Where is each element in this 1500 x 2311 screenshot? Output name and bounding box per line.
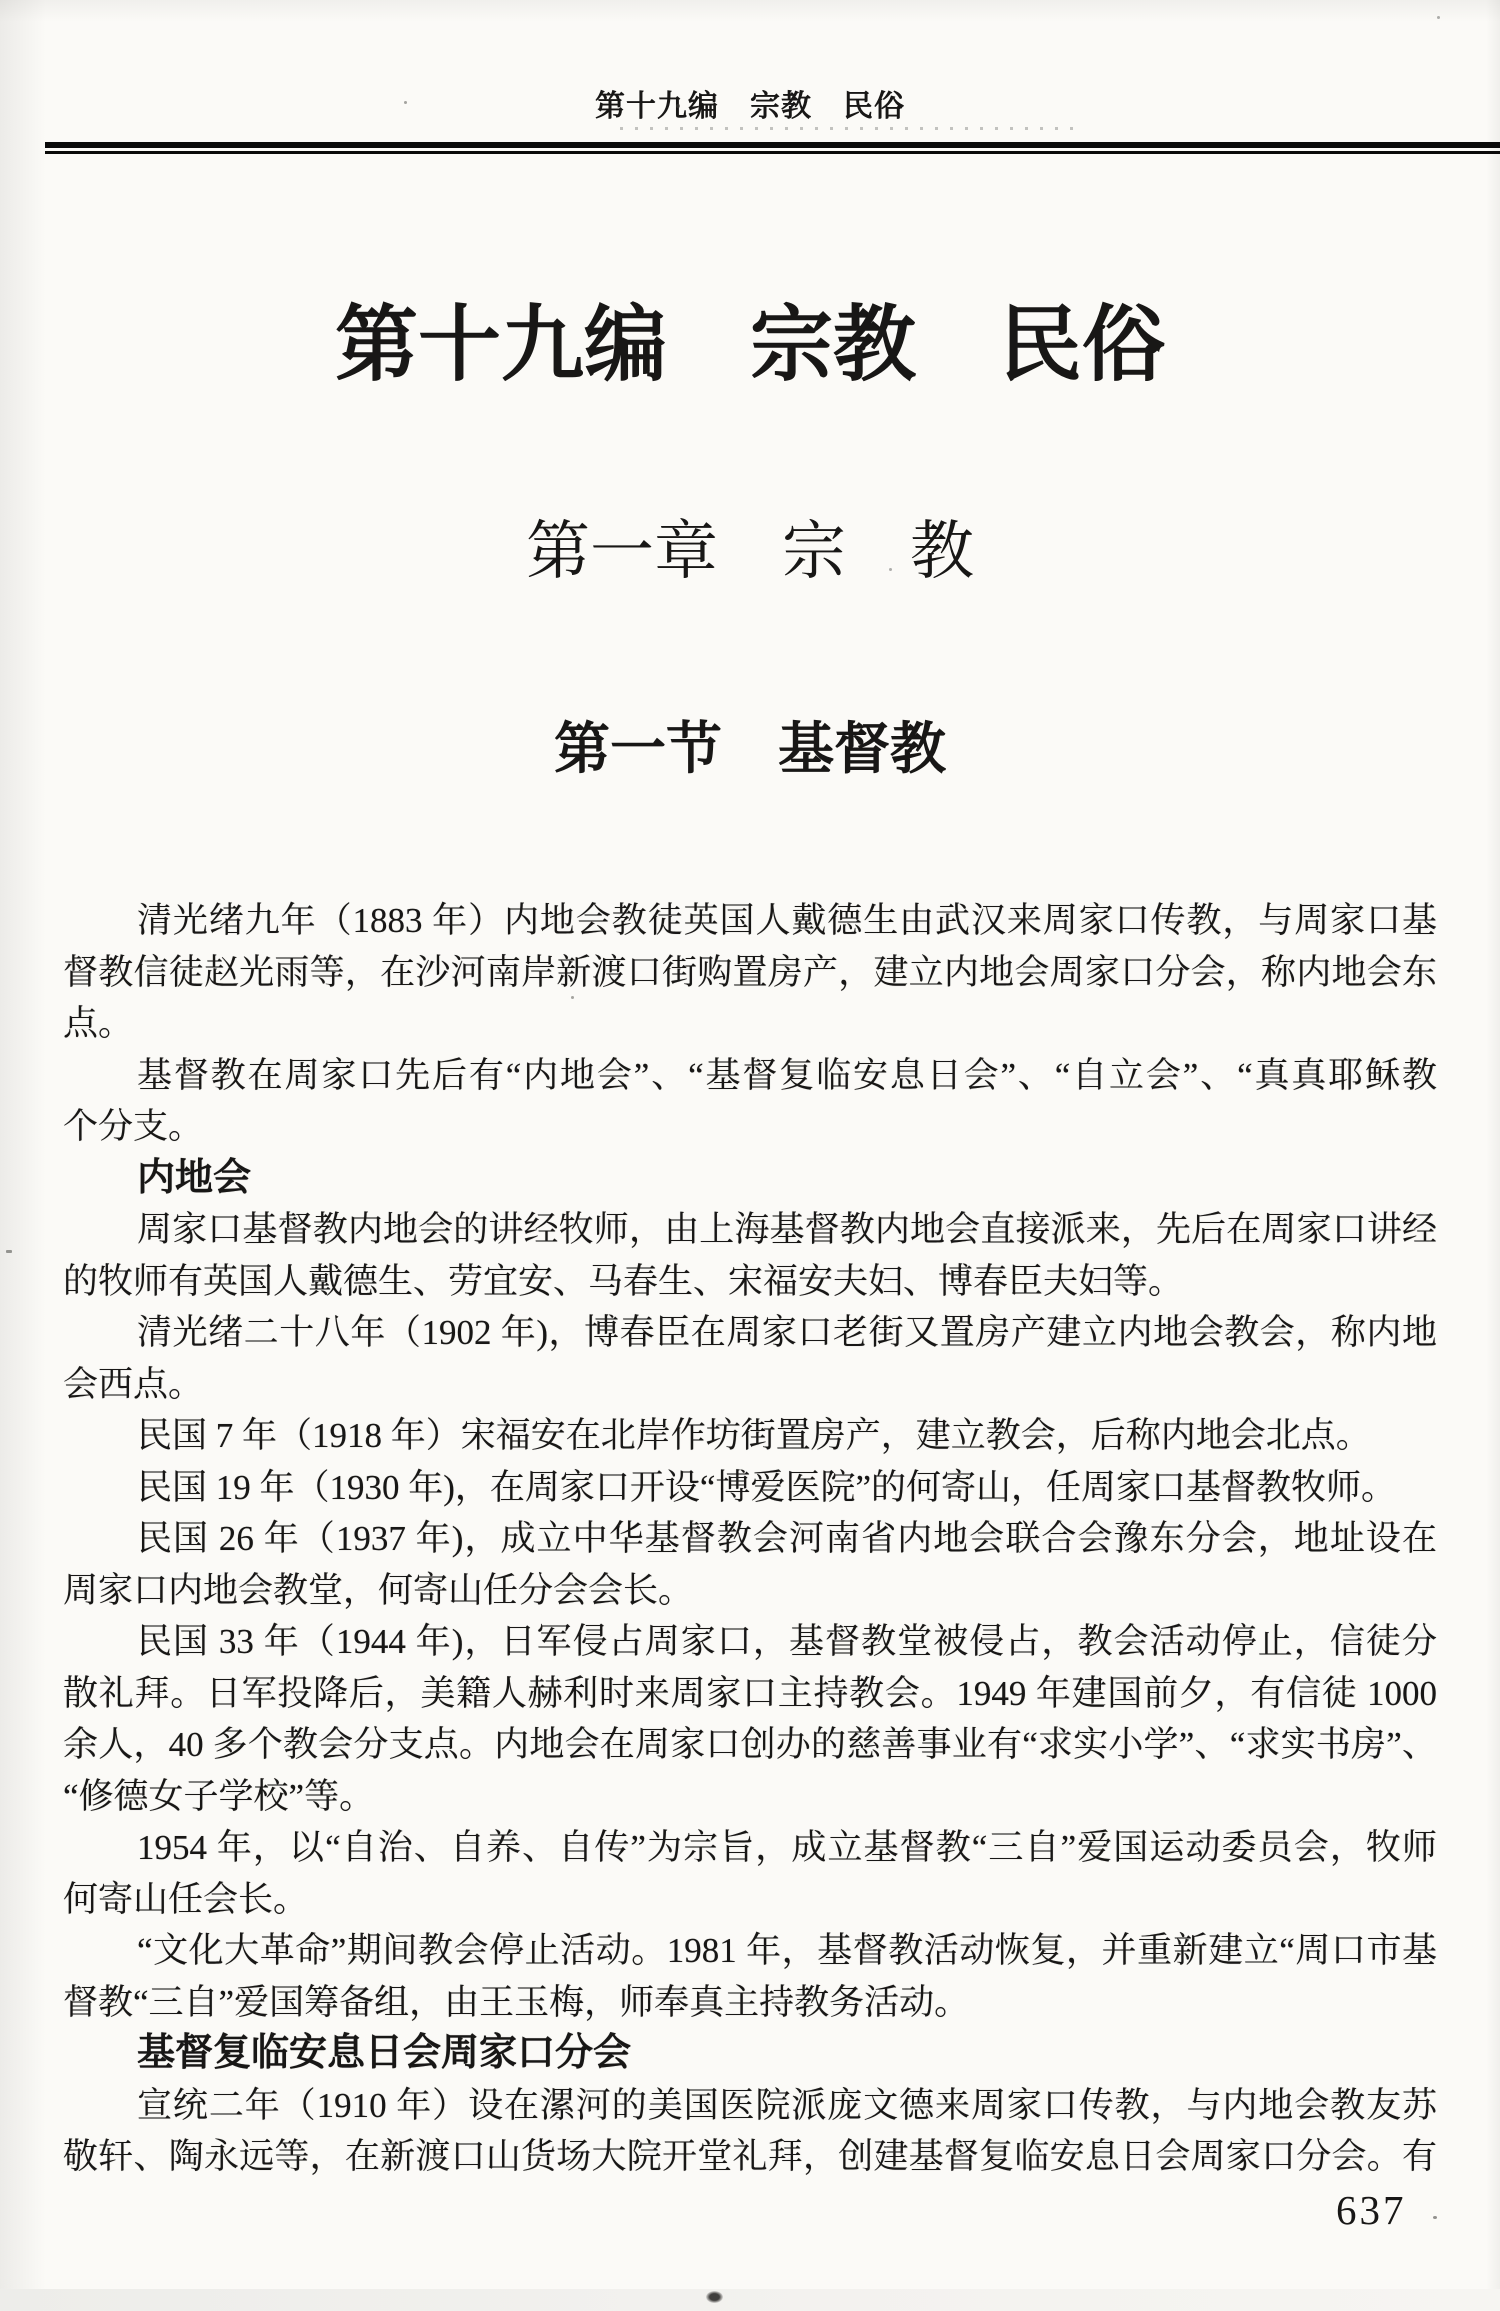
body-line: 督教信徒赵光雨等，在沙河南岸新渡口街购置房产，建立内地会周家口分会，称内地会东 xyxy=(63,947,1437,999)
body-line: 余人，40 多个教会分支点。内地会在周家口创办的慈善事业有“求实小学”、“求实书… xyxy=(63,1719,1437,1771)
body-line: 宣统二年（1910 年）设在漯河的美国医院派庞文德来周家口传教，与内地会教友苏 xyxy=(63,2080,1437,2132)
subheading: 基督复临安息日会周家口分会 xyxy=(63,2028,1437,2080)
body-text: 清光绪九年（1883 年）内地会教徒英国人戴德生由武汉来周家口传教，与周家口基督… xyxy=(63,895,1437,2183)
body-line: 个分支。 xyxy=(63,1101,1437,1153)
body-line: 基督教在周家口先后有“内地会”、“基督复临安息日会”、“自立会”、“真真耶稣教会… xyxy=(63,1050,1437,1102)
section-title: 第一节 基督教 xyxy=(0,720,1500,782)
scan-speck xyxy=(1433,2216,1437,2219)
header-rule-thick xyxy=(45,142,1500,148)
body-line: 民国 7 年（1918 年）宋福安在北岸作坊街置房产，建立教会，后称内地会北点。 xyxy=(63,1410,1437,1462)
ink-smudge xyxy=(706,2291,723,2303)
scan-speck xyxy=(404,101,407,104)
subheading: 内地会 xyxy=(63,1153,1437,1205)
part-title: 第十九编 宗教 民俗 xyxy=(0,301,1500,389)
chapter-title: 第一章 宗 教 xyxy=(0,517,1500,587)
scanned-book-page: 第十九编 宗教 民俗 第十九编 宗教 民俗 第一章 宗 教 第一节 基督教 清光… xyxy=(0,0,1500,2311)
body-line: 点。 xyxy=(63,998,1437,1050)
scan-noise-dashes xyxy=(620,127,1080,130)
body-line: 何寄山任会长。 xyxy=(63,1874,1437,1926)
body-line: 周家口基督教内地会的讲经牧师，由上海基督教内地会直接派来，先后在周家口讲经 xyxy=(63,1204,1437,1256)
body-line: 督教“三自”爱国筹备组，由王玉梅，师奉真主持教务活动。 xyxy=(63,1977,1437,2029)
body-line: 1954 年，以“自治、自养、自传”为宗旨，成立基督教“三自”爱国运动委员会，牧… xyxy=(63,1822,1437,1874)
body-line: 民国 19 年（1930 年)，在周家口开设“博爱医院”的何寄山，任周家口基督教… xyxy=(63,1462,1437,1514)
scan-bottom-band xyxy=(0,2289,1500,2311)
page-edge-shadow-top xyxy=(0,0,1500,22)
body-line: 清光绪九年（1883 年）内地会教徒英国人戴德生由武汉来周家口传教，与周家口基 xyxy=(63,895,1437,947)
body-line: 周家口内地会教堂，何寄山任分会会长。 xyxy=(63,1565,1437,1617)
running-header: 第十九编 宗教 民俗 xyxy=(0,92,1500,122)
scan-speck xyxy=(571,996,574,999)
body-line: 清光绪二十八年（1902 年)，博春臣在周家口老街又置房产建立内地会教会，称内地 xyxy=(63,1307,1437,1359)
scan-speck xyxy=(6,1250,12,1253)
body-line: 敬轩、陶永远等，在新渡口山货场大院开堂礼拜，创建基督复临安息日会周家口分会。有 xyxy=(63,2131,1437,2183)
scan-speck xyxy=(676,104,680,108)
header-rule-thin xyxy=(45,151,1500,154)
body-line: 的牧师有英国人戴德生、劳宜安、马春生、宋福安夫妇、博春臣夫妇等。 xyxy=(63,1256,1437,1308)
body-line: 散礼拜。日军投降后，美籍人赫利时来周家口主持教会。1949 年建国前夕，有信徒 … xyxy=(63,1668,1437,1720)
body-line: 民国 33 年（1944 年)，日军侵占周家口，基督教堂被侵占，教会活动停止，信… xyxy=(63,1616,1437,1668)
body-line: “文化大革命”期间教会停止活动。1981 年，基督教活动恢复，并重新建立“周口市… xyxy=(63,1925,1437,1977)
page-number: 637 xyxy=(1336,2190,1407,2231)
body-line: 会西点。 xyxy=(63,1359,1437,1411)
body-line: 民国 26 年（1937 年)，成立中华基督教会河南省内地会联合会豫东分会，地址… xyxy=(63,1513,1437,1565)
scan-speck xyxy=(889,568,892,571)
scan-speck xyxy=(1437,16,1440,19)
body-line: “修德女子学校”等。 xyxy=(63,1771,1437,1823)
